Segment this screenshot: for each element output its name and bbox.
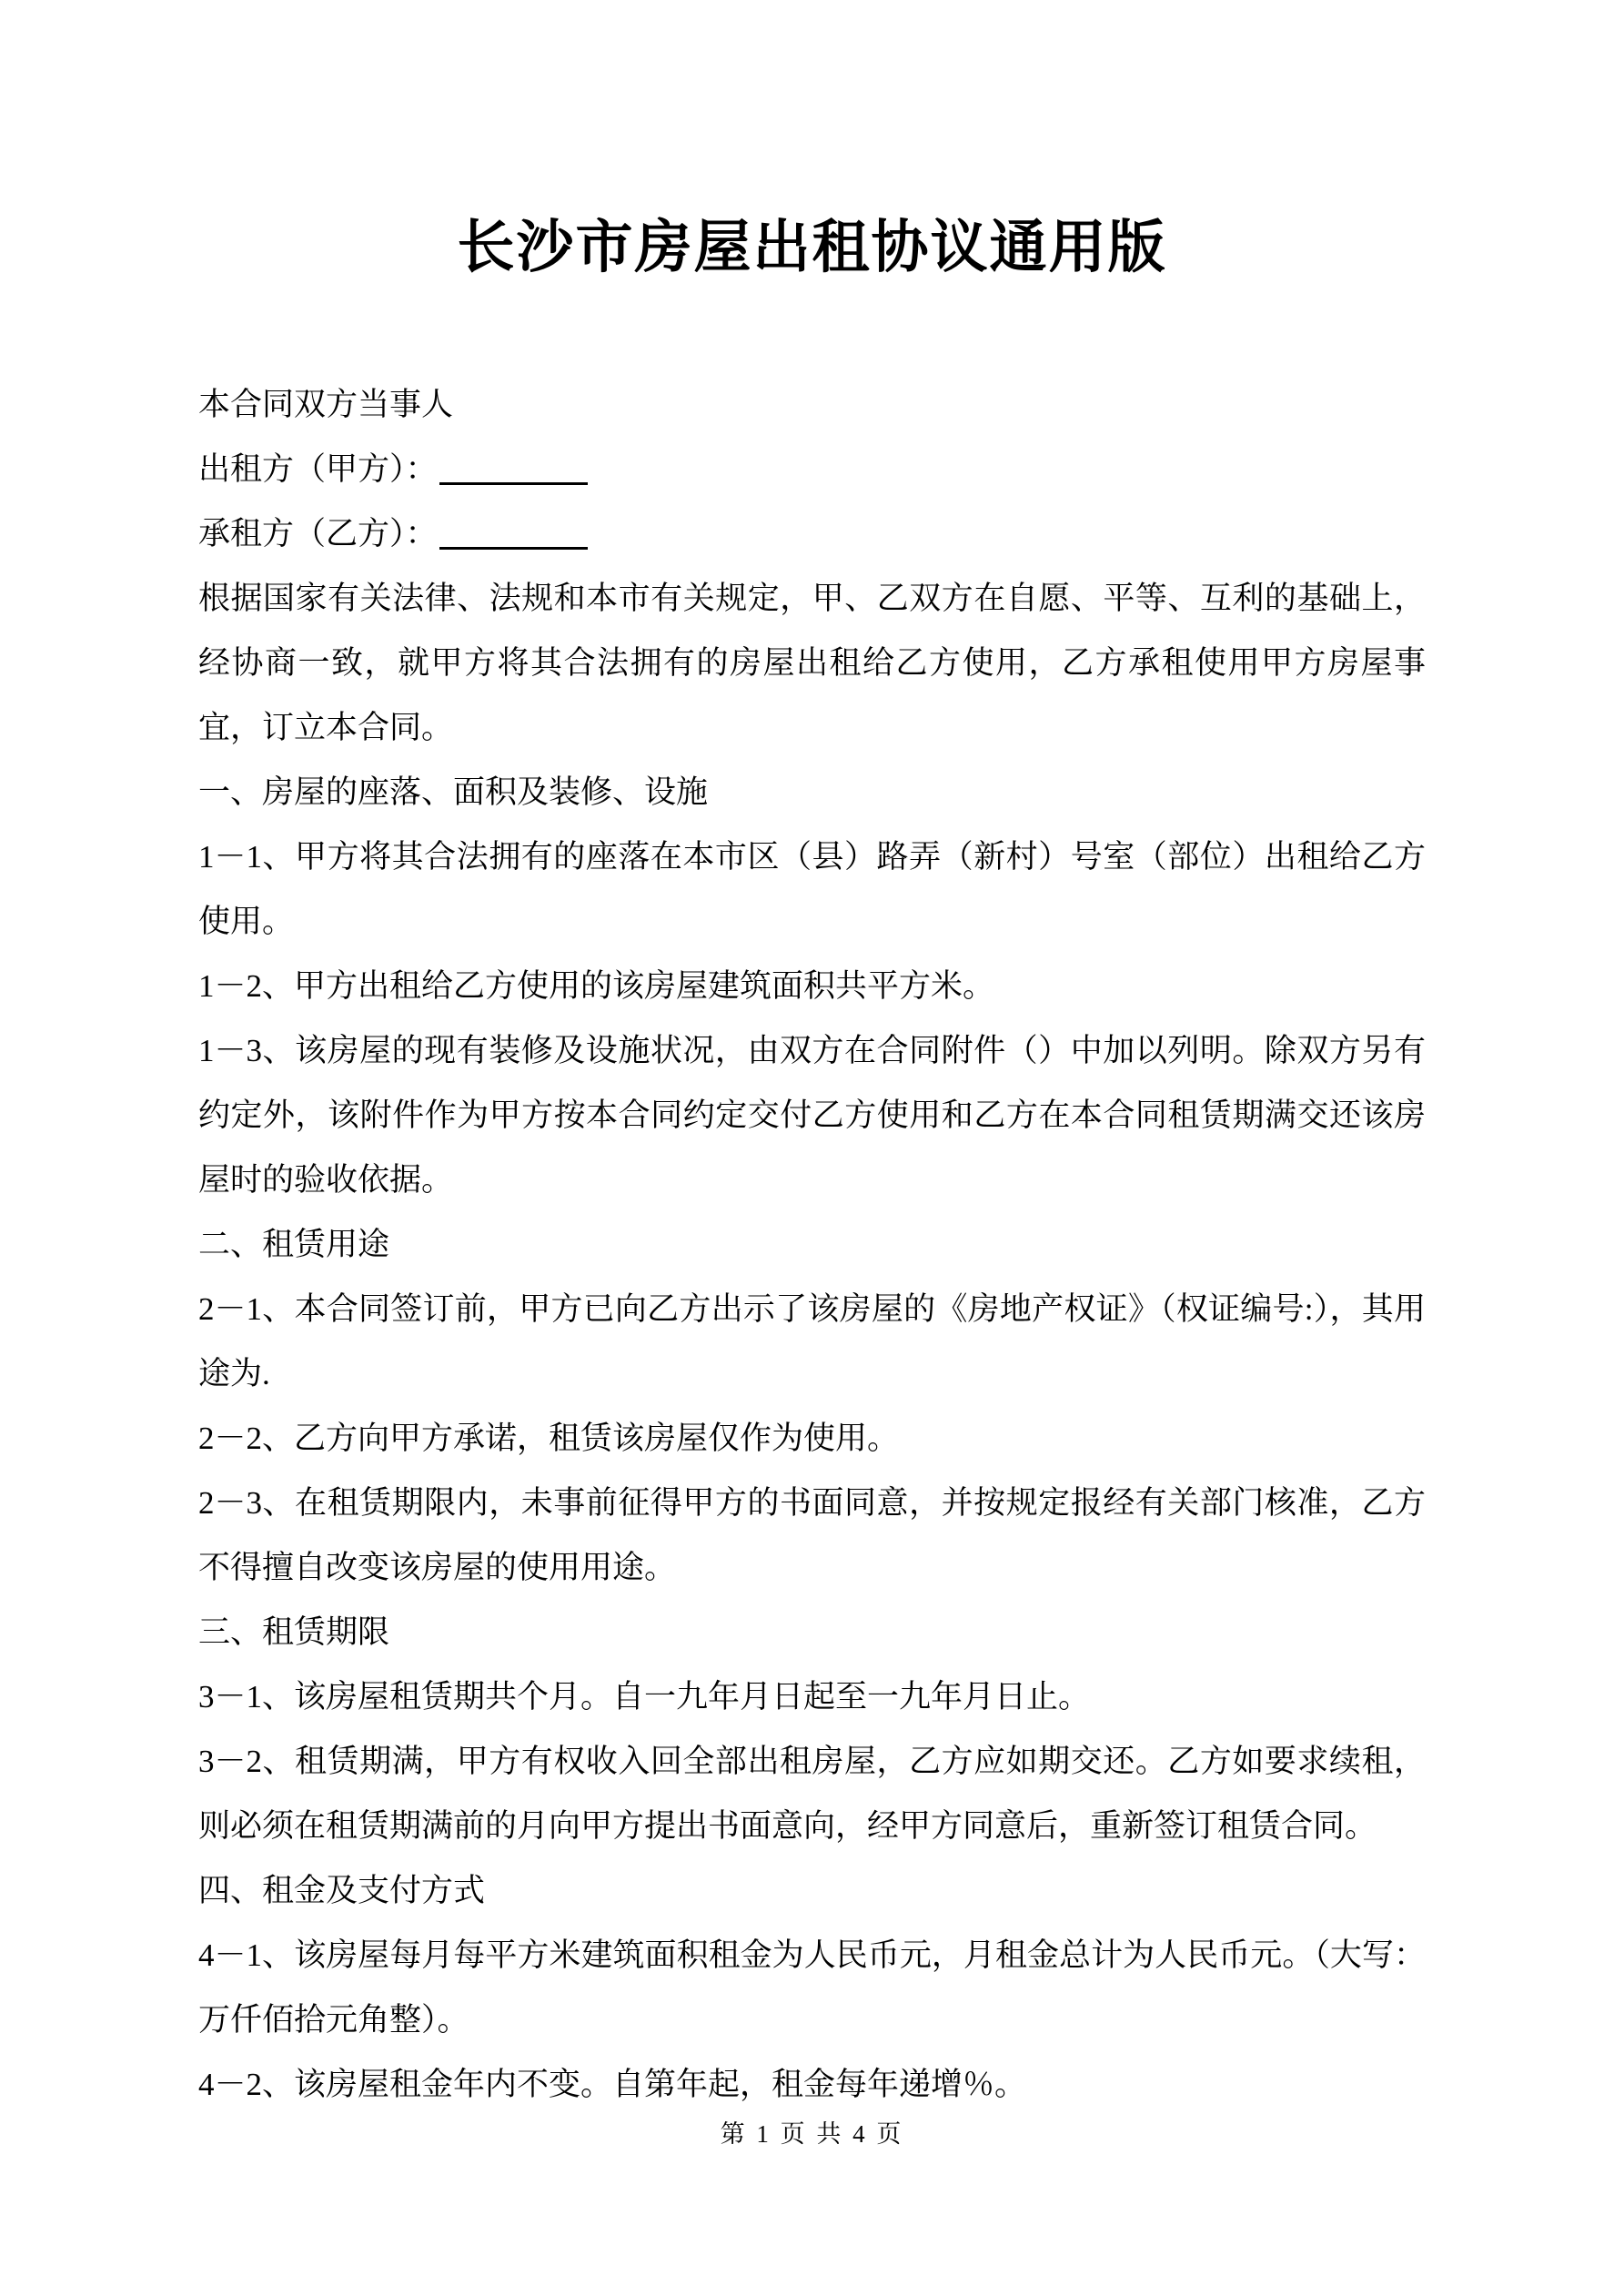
paragraph: 4－2、该房屋租金年内不变。自第年起，租金每年递增％。 xyxy=(198,2052,1426,2117)
page-footer: 第 1 页 共 4 页 xyxy=(0,2119,1624,2149)
paragraph: 出租方（甲方）： xyxy=(198,437,1426,501)
document-title: 长沙市房屋出租协议通用版 xyxy=(198,211,1426,284)
paragraph: 本合同双方当事人 xyxy=(198,372,1426,437)
paragraph: 根据国家有关法律、法规和本市有关规定，甲、乙双方在自愿、平等、互利的基础上，经协… xyxy=(198,566,1426,760)
paragraph: 承租方（乙方）： xyxy=(198,501,1426,566)
paragraph: 1－2、甲方出租给乙方使用的该房屋建筑面积共平方米。 xyxy=(198,954,1426,1018)
paragraph: 四、租金及支付方式 xyxy=(198,1858,1426,1923)
document-page: 长沙市房屋出租协议通用版 本合同双方当事人出租方（甲方）：承租方（乙方）：根据国… xyxy=(0,0,1624,2296)
paragraph: 二、租赁用途 xyxy=(198,1212,1426,1277)
fill-in-blank-line xyxy=(439,450,588,485)
paragraph: 三、租赁期限 xyxy=(198,1600,1426,1664)
document-body: 本合同双方当事人出租方（甲方）：承租方（乙方）：根据国家有关法律、法规和本市有关… xyxy=(198,372,1426,2117)
paragraph: 2－1、本合同签订前，甲方已向乙方出示了该房屋的《房地产权证》（权证编号:），其… xyxy=(198,1277,1426,1406)
paragraph: 一、房屋的座落、面积及装修、设施 xyxy=(198,760,1426,824)
paragraph: 1－1、甲方将其合法拥有的座落在本市区（县）路弄（新村）号室（部位）出租给乙方使… xyxy=(198,824,1426,954)
paragraph: 2－2、乙方向甲方承诺，租赁该房屋仅作为使用。 xyxy=(198,1406,1426,1471)
paragraph: 4－1、该房屋每月每平方米建筑面积租金为人民币元，月租金总计为人民币元。（大写：… xyxy=(198,1923,1426,2052)
page-number-text: 第 1 页 共 4 页 xyxy=(721,2120,904,2148)
paragraph: 1－3、该房屋的现有装修及设施状况，由双方在合同附件（）中加以列明。除双方另有约… xyxy=(198,1018,1426,1212)
paragraph: 2－3、在租赁期限内，未事前征得甲方的书面同意，并按规定报经有关部门核准，乙方不… xyxy=(198,1471,1426,1600)
fill-in-blank-line xyxy=(439,515,588,550)
paragraph: 3－1、该房屋租赁期共个月。自一九年月日起至一九年月日止。 xyxy=(198,1664,1426,1729)
paragraph: 3－2、租赁期满，甲方有权收入回全部出租房屋，乙方应如期交还。乙方如要求续租，则… xyxy=(198,1729,1426,1858)
document-content: 长沙市房屋出租协议通用版 本合同双方当事人出租方（甲方）：承租方（乙方）：根据国… xyxy=(0,0,1624,2117)
